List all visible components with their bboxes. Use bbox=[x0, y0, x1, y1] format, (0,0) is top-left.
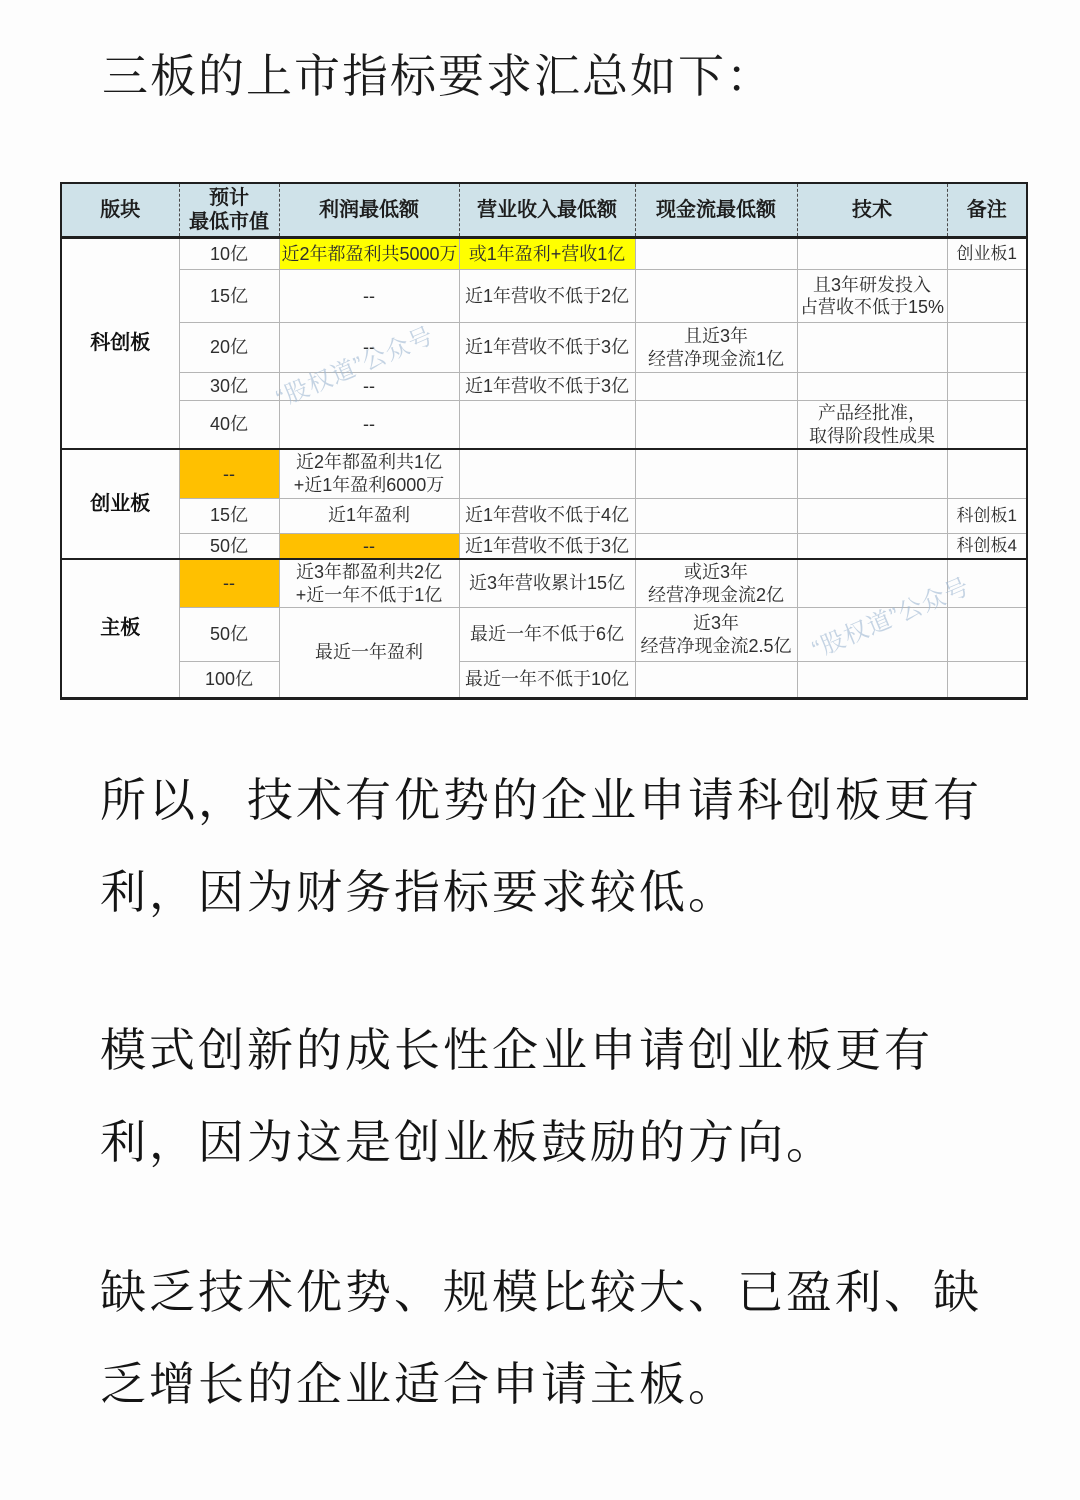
table-row: 15亿 近1年盈利 近1年营收不低于4亿 科创板1 bbox=[61, 498, 1027, 533]
table-cell: 近1年盈利 bbox=[279, 498, 459, 533]
table-cell bbox=[947, 323, 1027, 373]
table-row: 15亿 -- 近1年营收不低于2亿 且3年研发投入 占营收不低于15% bbox=[61, 270, 1027, 323]
table-cell bbox=[947, 401, 1027, 450]
table-cell: 15亿 bbox=[179, 498, 279, 533]
table-cell bbox=[797, 238, 947, 270]
table-row: 创业板 -- 近2年都盈利共1亿 +近1年盈利6000万 bbox=[61, 449, 1027, 498]
table-cell bbox=[635, 401, 797, 450]
table-cell: 30亿 bbox=[179, 373, 279, 401]
listing-requirements-table: 版块 预计 最低市值 利润最低额 营业收入最低额 现金流最低额 技术 备注 科创… bbox=[60, 182, 1028, 700]
table-cell bbox=[947, 449, 1027, 498]
table-cell bbox=[797, 498, 947, 533]
table-cell: 创业板1 bbox=[947, 238, 1027, 270]
col-header-min-market-cap: 预计 最低市值 bbox=[179, 183, 279, 238]
table-cell bbox=[459, 449, 635, 498]
table-row: 100亿 最近一年不低于10亿 bbox=[61, 662, 1027, 699]
table-cell: 最近一年不低于6亿 bbox=[459, 608, 635, 662]
table-cell: 近3年都盈利共2亿 +近一年不低于1亿 bbox=[279, 559, 459, 608]
table-row: 50亿 最近一年盈利 最近一年不低于6亿 近3年 经营净现金流2.5亿 bbox=[61, 608, 1027, 662]
table-cell: 且3年研发投入 占营收不低于15% bbox=[797, 270, 947, 323]
table-row: 科创板 10亿 近2年都盈利共5000万 或1年盈利+营收1亿 创业板1 bbox=[61, 238, 1027, 270]
table-cell bbox=[797, 449, 947, 498]
table-cell: -- bbox=[279, 401, 459, 450]
table-row: 50亿 -- 近1年营收不低于3亿 科创板4 bbox=[61, 533, 1027, 559]
table-cell: 科创板1 bbox=[947, 498, 1027, 533]
table-cell bbox=[947, 559, 1027, 608]
col-header-min-profit: 利润最低额 bbox=[279, 183, 459, 238]
table-cell bbox=[635, 498, 797, 533]
table-cell bbox=[635, 270, 797, 323]
table-cell bbox=[635, 662, 797, 699]
table-cell bbox=[947, 270, 1027, 323]
table-cell: 近1年营收不低于2亿 bbox=[459, 270, 635, 323]
table-cell bbox=[947, 373, 1027, 401]
table-cell bbox=[459, 401, 635, 450]
board-cell-star-market: 科创板 bbox=[61, 238, 179, 450]
table-cell: 近2年都盈利共1亿 +近1年盈利6000万 bbox=[279, 449, 459, 498]
table-cell bbox=[797, 608, 947, 662]
col-header-min-cashflow: 现金流最低额 bbox=[635, 183, 797, 238]
table-cell: 近1年营收不低于3亿 bbox=[459, 533, 635, 559]
table-cell bbox=[635, 533, 797, 559]
table-cell: 最近一年不低于10亿 bbox=[459, 662, 635, 699]
table-cell: -- bbox=[279, 373, 459, 401]
table-cell bbox=[797, 662, 947, 699]
table-cell: 科创板4 bbox=[947, 533, 1027, 559]
table-cell: 近1年营收不低于3亿 bbox=[459, 373, 635, 401]
table-row: 40亿 -- 产品经批准， 取得阶段性成果 bbox=[61, 401, 1027, 450]
table-cell: 或近3年 经营净现金流2亿 bbox=[635, 559, 797, 608]
table-row: 30亿 -- 近1年营收不低于3亿 bbox=[61, 373, 1027, 401]
col-header-tech: 技术 bbox=[797, 183, 947, 238]
table-cell-highlight-yellow: 近2年都盈利共5000万 bbox=[279, 238, 459, 270]
table-cell: 近3年 经营净现金流2.5亿 bbox=[635, 608, 797, 662]
page: 三板的上市指标要求汇总如下： 版块 预计 最低市值 利润最低额 营业收入最低额 … bbox=[0, 0, 1080, 1500]
table-cell: 100亿 bbox=[179, 662, 279, 699]
table-cell bbox=[797, 559, 947, 608]
paragraph-chinext: 模式创新的成长性企业申请创业板更有利，因为这是创业板鼓励的方向。 bbox=[100, 1004, 1005, 1188]
table-cell: 15亿 bbox=[179, 270, 279, 323]
table-cell: 40亿 bbox=[179, 401, 279, 450]
table-cell-merged: 最近一年盈利 bbox=[279, 608, 459, 699]
listing-requirements-table-wrap: 版块 预计 最低市值 利润最低额 营业收入最低额 现金流最低额 技术 备注 科创… bbox=[60, 182, 1026, 700]
table-cell: 近1年营收不低于3亿 bbox=[459, 323, 635, 373]
table-cell bbox=[797, 533, 947, 559]
table-cell-highlight-yellow: 或1年盈利+营收1亿 bbox=[459, 238, 635, 270]
table-cell-highlight-orange: -- bbox=[179, 449, 279, 498]
table-cell bbox=[635, 238, 797, 270]
paragraph-star-market: 所以，技术有优势的企业申请科创板更有利，因为财务指标要求较低。 bbox=[100, 754, 1005, 938]
table-cell bbox=[947, 608, 1027, 662]
table-cell: 20亿 bbox=[179, 323, 279, 373]
table-cell-highlight-orange: -- bbox=[179, 559, 279, 608]
paragraph-main-board: 缺乏技术优势、规模比较大、已盈利、缺乏增长的企业适合申请主板。 bbox=[100, 1246, 1005, 1430]
table-cell: 近1年营收不低于4亿 bbox=[459, 498, 635, 533]
table-cell bbox=[797, 373, 947, 401]
table-cell bbox=[947, 662, 1027, 699]
table-cell bbox=[797, 323, 947, 373]
table-row: 主板 -- 近3年都盈利共2亿 +近一年不低于1亿 近3年营收累计15亿 或近3… bbox=[61, 559, 1027, 608]
table-cell: 50亿 bbox=[179, 608, 279, 662]
col-header-board: 版块 bbox=[61, 183, 179, 238]
table-cell: -- bbox=[279, 323, 459, 373]
table-cell-highlight-orange: -- bbox=[279, 533, 459, 559]
table-cell: -- bbox=[279, 270, 459, 323]
table-cell: 50亿 bbox=[179, 533, 279, 559]
table-row: 20亿 -- 近1年营收不低于3亿 且近3年 经营净现金流1亿 bbox=[61, 323, 1027, 373]
table-cell bbox=[635, 373, 797, 401]
board-cell-chinext: 创业板 bbox=[61, 449, 179, 559]
table-cell bbox=[635, 449, 797, 498]
table-cell: 近3年营收累计15亿 bbox=[459, 559, 635, 608]
table-cell: 产品经批准， 取得阶段性成果 bbox=[797, 401, 947, 450]
table-header-row: 版块 预计 最低市值 利润最低额 营业收入最低额 现金流最低额 技术 备注 bbox=[61, 183, 1027, 238]
col-header-min-revenue: 营业收入最低额 bbox=[459, 183, 635, 238]
col-header-note: 备注 bbox=[947, 183, 1027, 238]
page-title: 三板的上市指标要求汇总如下： bbox=[102, 40, 774, 106]
board-cell-main-board: 主板 bbox=[61, 559, 179, 699]
table-cell: 且近3年 经营净现金流1亿 bbox=[635, 323, 797, 373]
table-cell: 10亿 bbox=[179, 238, 279, 270]
